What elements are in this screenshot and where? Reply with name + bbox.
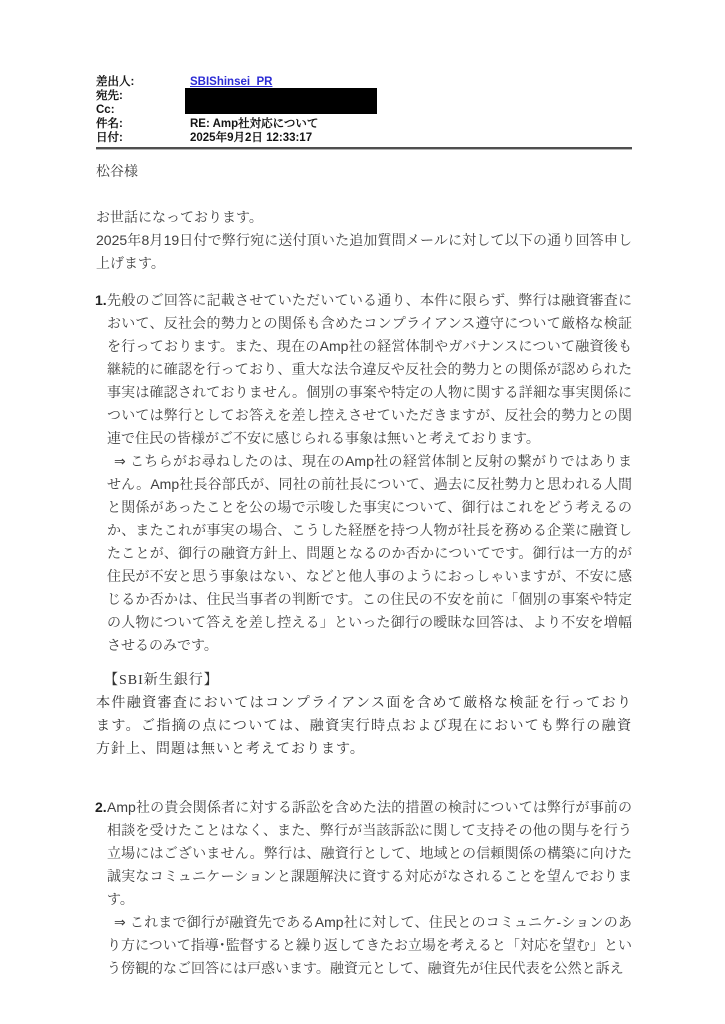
header-row-subject: 件名: RE: Amp社対応について — [96, 117, 632, 131]
list-number-2: 2. — [95, 796, 107, 819]
intro-line-2: 2025年8月19日付で弊行宛に送付頂いた追加質問メールに対して以下の通り回答申… — [96, 229, 632, 275]
email-body: 松谷様 お世話になっております。 2025年8月19日付で弊行宛に送付頂いた追加… — [96, 160, 632, 980]
intro-paragraph: お世話になっております。 2025年8月19日付で弊行宛に送付頂いた追加質問メー… — [96, 206, 632, 275]
item-1-arrow-reply: ⇒ こちらがお尋ねしたのは、現在のAmp社の経営体制と反射の繋がりではありません… — [107, 450, 632, 657]
from-label: 差出人: — [96, 75, 190, 89]
subject-value: RE: Amp社対応について — [190, 117, 632, 131]
header-row-from: 差出人: SBIShinsei_PR — [96, 75, 632, 89]
date-value: 2025年9月2日 12:33:17 — [190, 131, 632, 145]
cc-label: Cc: — [96, 103, 190, 117]
list-item-1: 1. 先般のご回答に記載させていただいている通り、本件に限らず、弊行は融資審査に… — [96, 289, 632, 761]
email-header: 差出人: SBIShinsei_PR 宛先: Cc: 件名: RE: Amp社対… — [96, 75, 632, 145]
item-1-question-text: 先般のご回答に記載させていただいている通り、本件に限らず、弊行は融資審査において… — [107, 289, 632, 450]
intro-line-1: お世話になっております。 — [96, 206, 632, 229]
subject-label: 件名: — [96, 117, 190, 131]
item-2-arrow-reply: ⇒ これまで御行が融資先であるAmp社に対して、住民とのコミュニケ-ションのあり… — [107, 911, 632, 980]
bank-reply-text: 本件融資審査においてはコンプライアンス面を含めて厳格な検証を行っております。ご指… — [96, 692, 632, 761]
header-separator — [96, 147, 632, 150]
email-page: 差出人: SBIShinsei_PR 宛先: Cc: 件名: RE: Amp社対… — [0, 0, 725, 1024]
date-label: 日付: — [96, 131, 190, 145]
redaction-box — [185, 88, 377, 114]
item-2-question-text: Amp社の貴会関係者に対する訴訟を含めた法的措置の検討については弊行が事前の相談… — [107, 796, 632, 911]
item-1-bank-block: 【SBI新生銀行】 本件融資審査においてはコンプライアンス面を含めて厳格な検証を… — [96, 669, 632, 761]
sender-link[interactable]: SBIShinsei_PR — [190, 76, 272, 88]
list-item-2: 2. Amp社の貴会関係者に対する訴訟を含めた法的措置の検討については弊行が事前… — [96, 796, 632, 980]
header-row-date: 日付: 2025年9月2日 12:33:17 — [96, 131, 632, 145]
salutation: 松谷様 — [96, 160, 632, 183]
email-content: 差出人: SBIShinsei_PR 宛先: Cc: 件名: RE: Amp社対… — [96, 75, 632, 980]
bank-heading: 【SBI新生銀行】 — [96, 669, 632, 692]
to-label: 宛先: — [96, 89, 190, 103]
list-number-1: 1. — [95, 289, 107, 312]
